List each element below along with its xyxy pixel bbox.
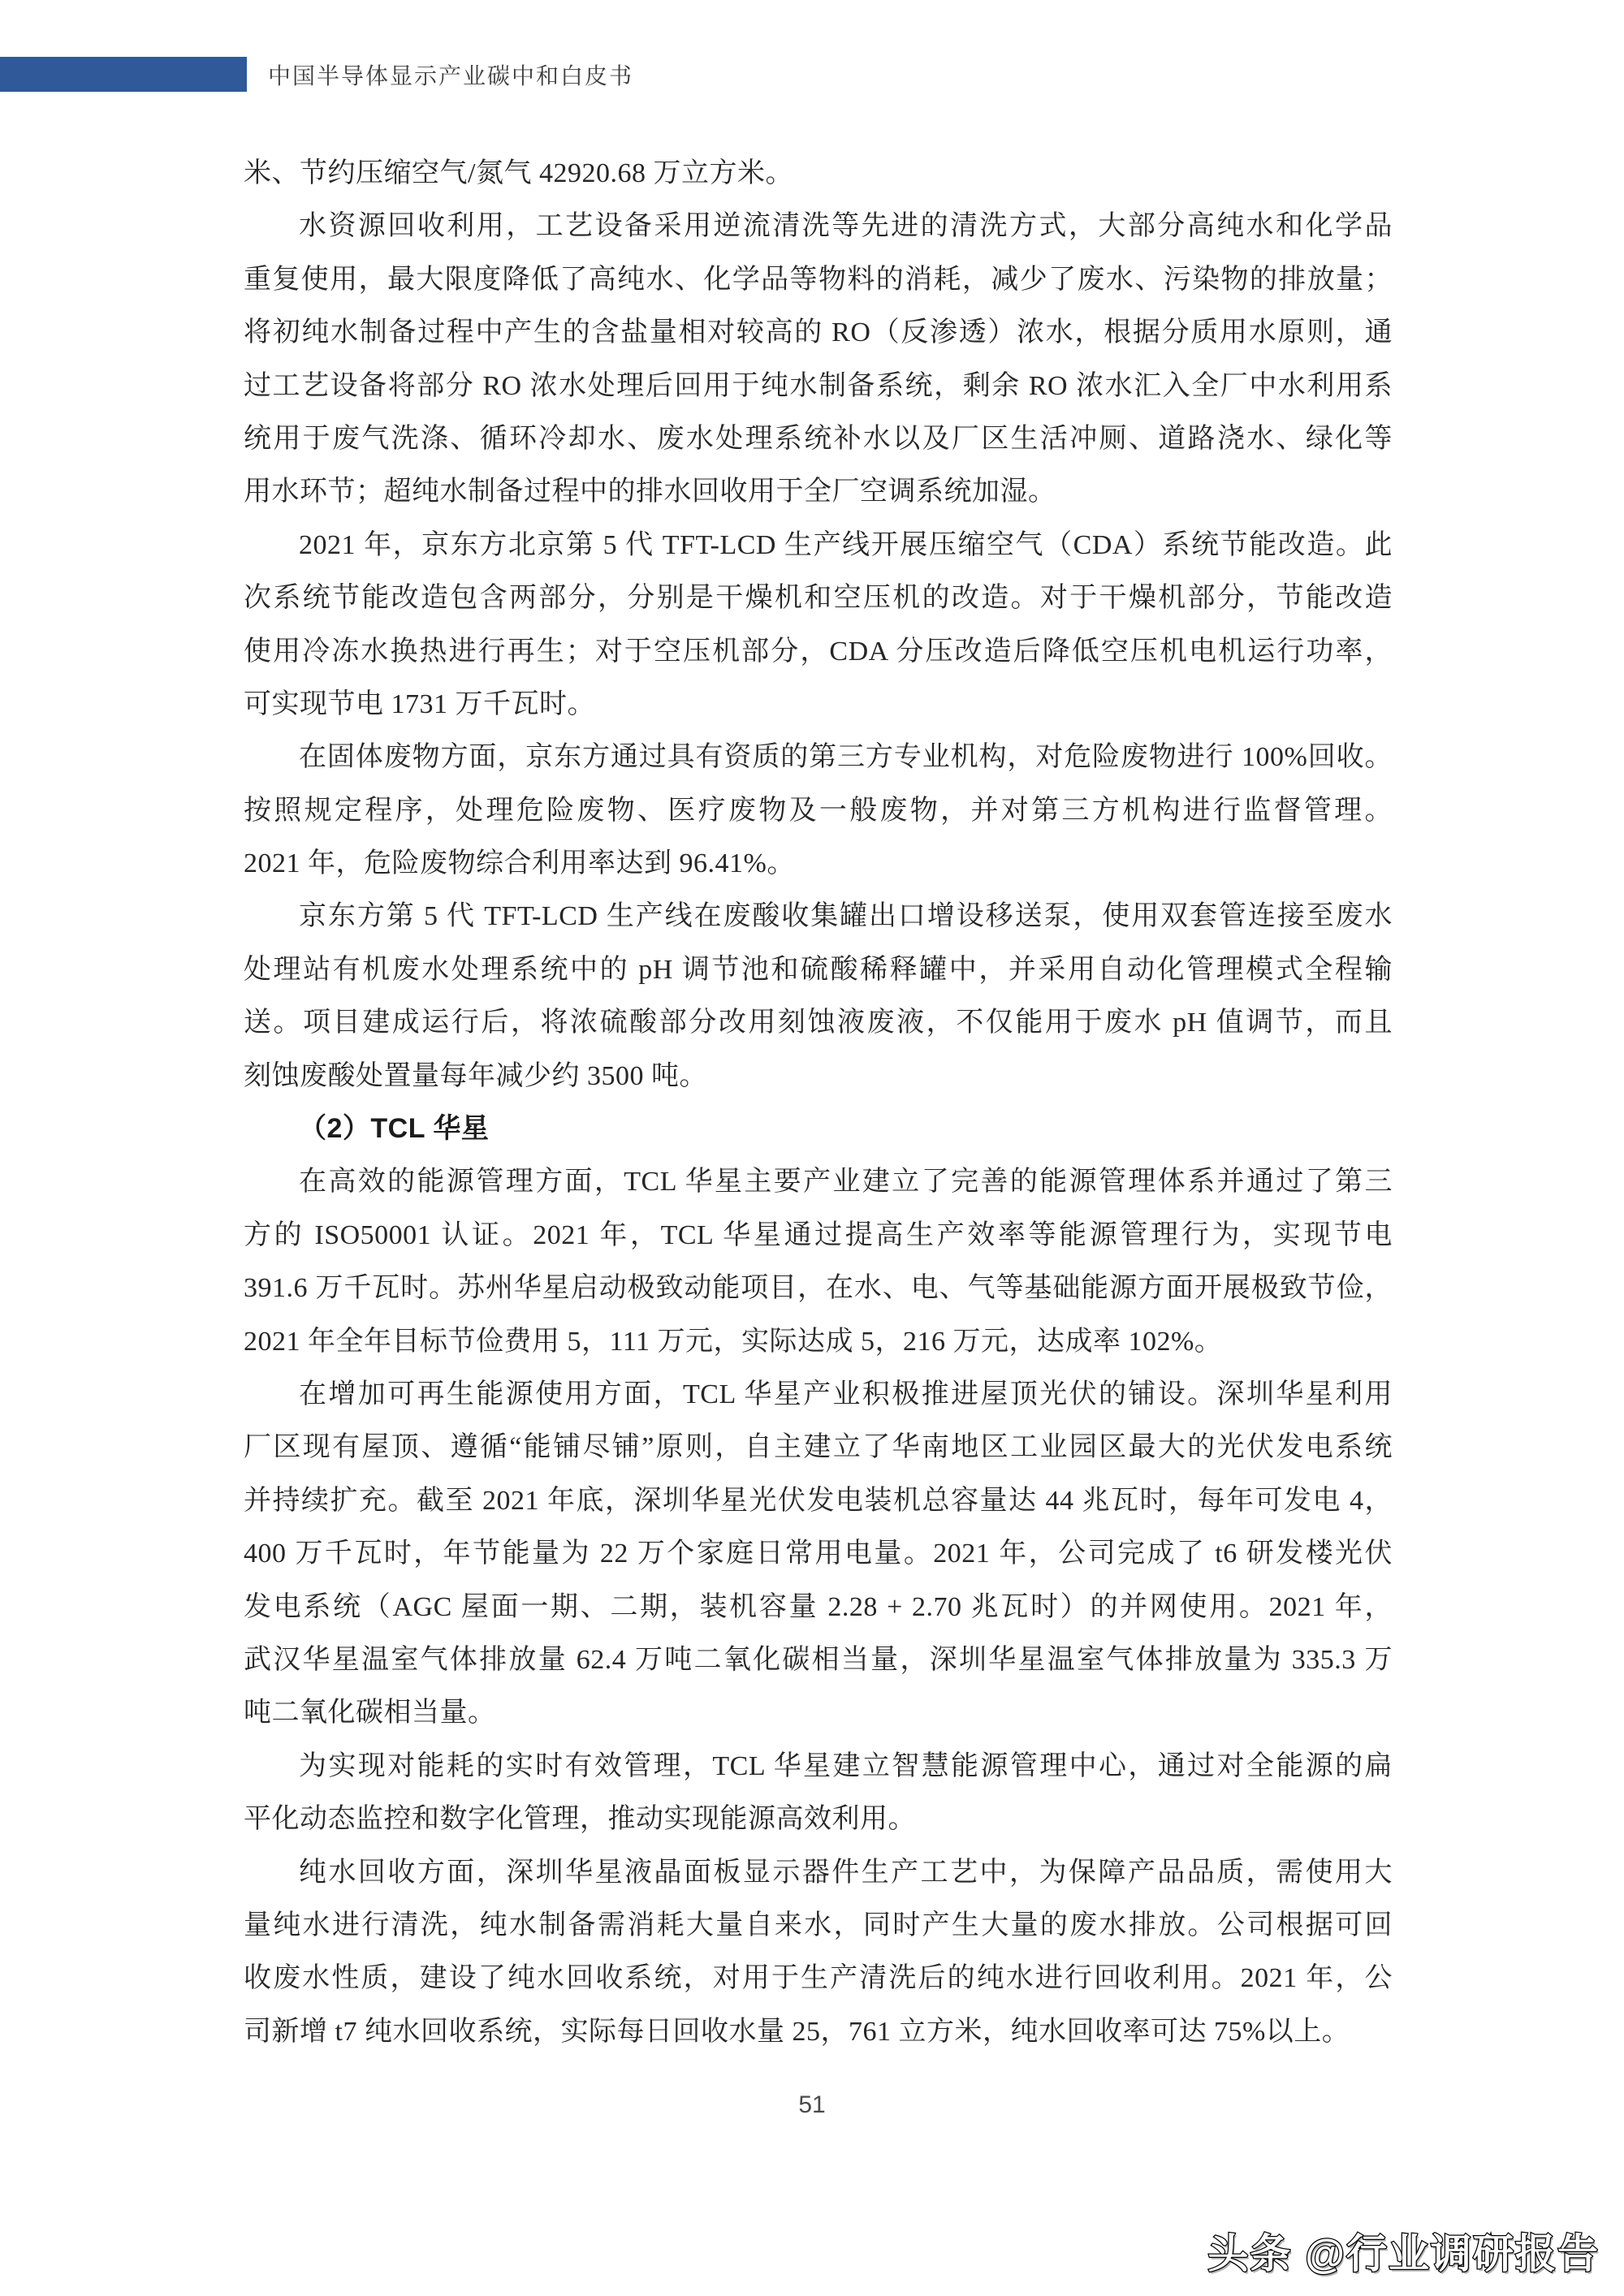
paragraph-line: 处理站有机废水处理系统中的 pH 调节池和硫酸稀释罐中，并采用自动化管理模式全程… [244,943,1393,996]
section-heading: （2）TCL 华星 [244,1103,1393,1155]
paragraph-line: 过工艺设备将部分 RO 浓水处理后回用于纯水制备系统，剩余 RO 浓水汇入全厂中… [244,360,1393,412]
watermark-text: 头条 @行业调研报告 [1207,2221,1600,2280]
paragraph-line: 量纯水进行清洗，纯水制备需消耗大量自来水，同时产生大量的废水排放。公司根据可回 [244,1899,1393,1952]
paragraph-line: 武汉华星温室气体排放量 62.4 万吨二氧化碳相当量，深圳华星温室气体排放量为 … [244,1634,1393,1686]
paragraph-line: 在高效的能源管理方面，TCL 华星主要产业建立了完善的能源管理体系并通过了第三 [244,1155,1393,1208]
paragraph-line: 统用于废气洗涤、循环冷却水、废水处理系统补水以及厂区生活冲厕、道路浇水、绿化等 [244,412,1393,465]
paragraph-line: 用水环节；超纯水制备过程中的排水回收用于全厂空调系统加湿。 [244,465,1393,518]
paragraph-line: 将初纯水制备过程中产生的含盐量相对较高的 RO（反渗透）浓水，根据分质用水原则，… [244,306,1393,359]
header-accent-bar [0,57,247,92]
paragraph-line: 为实现对能耗的实时有效管理，TCL 华星建立智慧能源管理中心，通过对全能源的扁 [244,1740,1393,1793]
paragraph-line: 次系统节能改造包含两部分，分别是干燥机和空压机的改造。对于干燥机部分，节能改造 [244,572,1393,624]
paragraph-line: 刻蚀废酸处置量每年减少约 3500 吨。 [244,1050,1393,1103]
paragraph-line: 发电系统（AGC 屋面一期、二期，装机容量 2.28 + 2.70 兆瓦时）的并… [244,1581,1393,1634]
paragraph-line: 米、节约压缩空气/氮气 42920.68 万立方米。 [244,147,1393,200]
paragraph-line: 并持续扩充。截至 2021 年底，深圳华星光伏发电装机总容量达 44 兆瓦时，每… [244,1474,1393,1527]
paragraph-line: 平化动态监控和数字化管理，推动实现能源高效利用。 [244,1793,1393,1845]
document-page: 中国半导体显示产业碳中和白皮书 米、节约压缩空气/氮气 42920.68 万立方… [0,0,1624,2296]
paragraph-line: 在增加可再生能源使用方面，TCL 华星产业积极推进屋顶光伏的铺设。深圳华星利用 [244,1368,1393,1421]
page-number: 51 [0,2091,1624,2119]
paragraph-line: 按照规定程序，处理危险废物、医疗废物及一般废物，并对第三方机构进行监督管理。 [244,784,1393,837]
paragraph-line: 可实现节电 1731 万千瓦时。 [244,678,1393,731]
paragraph-line: 391.6 万千瓦时。苏州华星启动极致动能项目，在水、电、气等基础能源方面开展极… [244,1262,1393,1314]
paragraph-line: 重复使用，最大限度降低了高纯水、化学品等物料的消耗，减少了废水、污染物的排放量； [244,253,1393,306]
paragraph-line: 水资源回收利用，工艺设备采用逆流清洗等先进的清洗方式，大部分高纯水和化学品 [244,200,1393,252]
paragraph-line: 在固体废物方面，京东方通过具有资质的第三方专业机构，对危险废物进行 100%回收… [244,731,1393,783]
paragraph-line: 送。项目建成运行后，将浓硫酸部分改用刻蚀液废液，不仅能用于废水 pH 值调节，而… [244,996,1393,1049]
paragraph-line: 使用冷冻水换热进行再生；对于空压机部分，CDA 分压改造后降低空压机电机运行功率… [244,625,1393,678]
paragraph-line: 方的 ISO50001 认证。2021 年，TCL 华星通过提高生产效率等能源管… [244,1209,1393,1262]
document-body: 米、节约压缩空气/氮气 42920.68 万立方米。水资源回收利用，工艺设备采用… [244,147,1393,2058]
paragraph-line: 纯水回收方面，深圳华星液晶面板显示器件生产工艺中，为保障产品品质，需使用大 [244,1846,1393,1899]
paragraph-line: 2021 年，危险废物综合利用率达到 96.41%。 [244,837,1393,890]
paragraph-line: 400 万千瓦时，年节能量为 22 万个家庭日常用电量。2021 年，公司完成了… [244,1527,1393,1580]
paragraph-line: 京东方第 5 代 TFT-LCD 生产线在废酸收集罐出口增设移送泵，使用双套管连… [244,890,1393,943]
header-title: 中国半导体显示产业碳中和白皮书 [268,57,633,92]
paragraph-line: 吨二氧化碳相当量。 [244,1686,1393,1739]
paragraph-line: 2021 年，京东方北京第 5 代 TFT-LCD 生产线开展压缩空气（CDA）… [244,519,1393,572]
paragraph-line: 厂区现有屋顶、遵循“能铺尽铺”原则，自主建立了华南地区工业园区最大的光伏发电系统 [244,1421,1393,1474]
paragraph-line: 司新增 t7 纯水回收系统，实际每日回收水量 25，761 立方米，纯水回收率可… [244,2005,1393,2058]
paragraph-line: 收废水性质，建设了纯水回收系统，对用于生产清洗后的纯水进行回收利用。2021 年… [244,1952,1393,2005]
paragraph-line: 2021 年全年目标节俭费用 5，111 万元，实际达成 5，216 万元，达成… [244,1315,1393,1368]
